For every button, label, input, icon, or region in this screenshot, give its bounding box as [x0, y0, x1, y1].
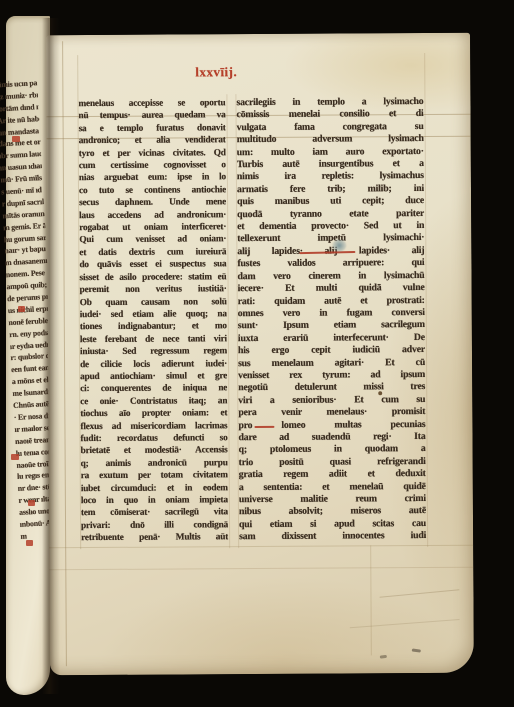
red-strikethrough	[254, 426, 274, 428]
text-line: sisset de asilo procedere: statim eū	[79, 271, 226, 284]
text-line: q; animis andronicū purpu	[81, 457, 228, 470]
text-line: nibus absolvit; miseros autē	[239, 505, 426, 519]
rubric-mark	[28, 500, 35, 506]
rubric-mark	[11, 454, 19, 460]
text-line: sunt· Ipsum etiam sacrilegum	[238, 319, 425, 333]
parchment-speck	[378, 391, 382, 395]
text-line: quis manibus uti cepit; duce	[237, 195, 424, 209]
text-line: sam dixissent innocentes iudi	[239, 530, 426, 544]
text-line: retribuente penā· Multis aūt	[81, 531, 228, 544]
text-line: sa e templo furatus donavit	[79, 122, 226, 135]
text-line: quodā tyranno etate pariter	[237, 208, 424, 222]
text-line: q; ptolomeus in quodam a	[239, 443, 426, 457]
text-line: pera venir menelaus· promisit	[238, 406, 425, 420]
text-line: gratia regem adiit et deduxit	[239, 468, 426, 482]
text-line: viri a senioribus· Et cum su	[238, 394, 425, 408]
text-line: do quāvis esset ei suspectus sua	[79, 258, 226, 271]
text-line: tiochus aīo propter oniam: et	[80, 407, 227, 420]
text-line: ci: conquerentes de iniqua ne	[80, 383, 227, 396]
text-line: um: multo iam auro exportato·	[237, 146, 424, 160]
text-line: iniusta· Sed regressum regem	[80, 345, 227, 358]
text-line: menelaus accepisse se oportu	[78, 97, 225, 110]
parchment-crease	[350, 619, 460, 628]
text-line: laus accedens ad andronicum·	[79, 209, 226, 222]
text-column-left: menelaus accepisse se oportunū tempus· a…	[78, 97, 228, 548]
manuscript-page: lxxvīij. menelaus accepisse se oportunū …	[46, 33, 474, 676]
ruling-line-vertical	[62, 41, 67, 666]
text-line: omnes vero in fugam conversi	[238, 307, 425, 321]
text-line: cōmissis menelai consilio et di	[237, 108, 424, 122]
text-line: Qui cum venisset ad oniam·	[79, 234, 226, 247]
text-line: dam vero cinerem in lysimachū	[237, 270, 424, 284]
text-line: rati: quidam autē et prostrati:	[238, 294, 425, 308]
text-line: brietatē et modestiā· Accensis	[81, 445, 228, 458]
text-line: iubet circumduci: et in eodem	[81, 482, 228, 495]
rubric-mark	[18, 306, 25, 312]
text-line: rogabat ut oniam interficeret·	[79, 221, 226, 234]
text-line: nū tempus· aurea quedam va	[79, 110, 226, 123]
text-line: andronico; et alia vendiderat	[79, 134, 226, 147]
text-line: tellexerunt impetū lysimachi·	[237, 232, 424, 246]
text-line: dare ad suadendū regi· Ita	[238, 431, 425, 445]
ruling-line-horizontal	[49, 567, 473, 571]
text-line: negotiū detulerunt missi tres	[238, 381, 425, 395]
rubric-mark	[26, 540, 33, 546]
ink-speck	[380, 655, 387, 659]
manuscript-photo: lūmis ucın paqz muniz· rbrtortām dınd nı…	[0, 0, 514, 707]
text-line: iecere· Et multi quidā vulne	[238, 282, 425, 296]
text-line: armatis fere trib; milib; ini	[237, 183, 424, 197]
text-column-right: sacrilegiis in templo a lysimachocōmissi…	[236, 96, 426, 547]
text-line: sus menelaum agitari· Et cū	[238, 357, 425, 371]
text-line: secus daphnem. Unde mene	[79, 196, 226, 209]
text-line: nimis ira repletis: lysimachus	[237, 170, 424, 184]
text-line: et dementia provecto· Sed ut in	[237, 220, 424, 234]
running-header: lxxvīij.	[181, 64, 251, 80]
text-line: vulgata fama congregata su	[237, 121, 424, 135]
text-line: fustes validos arripuere: qui	[237, 257, 424, 271]
rubric-mark	[12, 136, 20, 142]
text-line: et datis dextris cum iureiurā	[79, 246, 226, 259]
gutter-shadow	[42, 18, 60, 694]
text-line: cum certissime cognovisset o	[79, 159, 226, 172]
text-line: loco in quo in oniam impieta	[81, 494, 228, 507]
blue-gray-smudge	[332, 239, 346, 251]
text-line: multitudo adversum lysimach	[237, 133, 424, 147]
text-line: venisset rex tyrum: ad ipsum	[238, 369, 425, 383]
text-line: trio positū quasi refrigerandi	[239, 456, 426, 470]
text-line: flexus ad misericordiam lacrimas	[80, 420, 227, 433]
text-line: leste ferebant de nece tanti viri	[80, 333, 227, 346]
text-line: apud antiochiam· simul et gre	[80, 370, 227, 383]
text-line: ce onie· Contristatus itaq; an	[80, 395, 227, 408]
text-line: Turbis autē insurgentibus et a	[237, 158, 424, 172]
text-line: privari: dnō illi condignā	[81, 519, 228, 532]
text-line: de cilicie locis adierunt iudei·	[80, 358, 227, 371]
text-line: universe malitie reum crimi	[239, 493, 426, 507]
text-line: tiones indignabantur; et mo	[80, 321, 227, 334]
text-line: nias arguebat eum: ipse in lo	[79, 172, 226, 185]
ruling-line-vertical	[370, 545, 372, 655]
text-line: co tuto se continens antiochie	[79, 184, 226, 197]
text-line: peremit non veritus iustitiā·	[80, 283, 227, 296]
ink-speck	[412, 648, 421, 652]
text-line: ra exutum per totam civitatem	[81, 469, 228, 482]
text-line: his ergo cepit iudiciū adver	[238, 344, 425, 358]
text-line: qui etiam si apud scitas cau	[239, 518, 426, 532]
text-line: tyro et per vicinas civitates. Qd	[79, 147, 226, 160]
text-line: tem cōmiserat· sacrilegū vita	[81, 507, 228, 520]
text-line: sacrilegiis in templo a lysimacho	[236, 96, 423, 110]
text-line: iudei· sed etiam alie quoq; na	[80, 308, 227, 321]
text-line: iuxta erariū interfecerunt· De	[238, 332, 425, 346]
text-line: a sententia: et menelaū quidē	[239, 481, 426, 495]
parchment-crease	[380, 589, 460, 597]
text-line: fudit: recordatus defuncti so	[80, 432, 227, 445]
text-line: Ob quam causam non solū	[80, 296, 227, 309]
